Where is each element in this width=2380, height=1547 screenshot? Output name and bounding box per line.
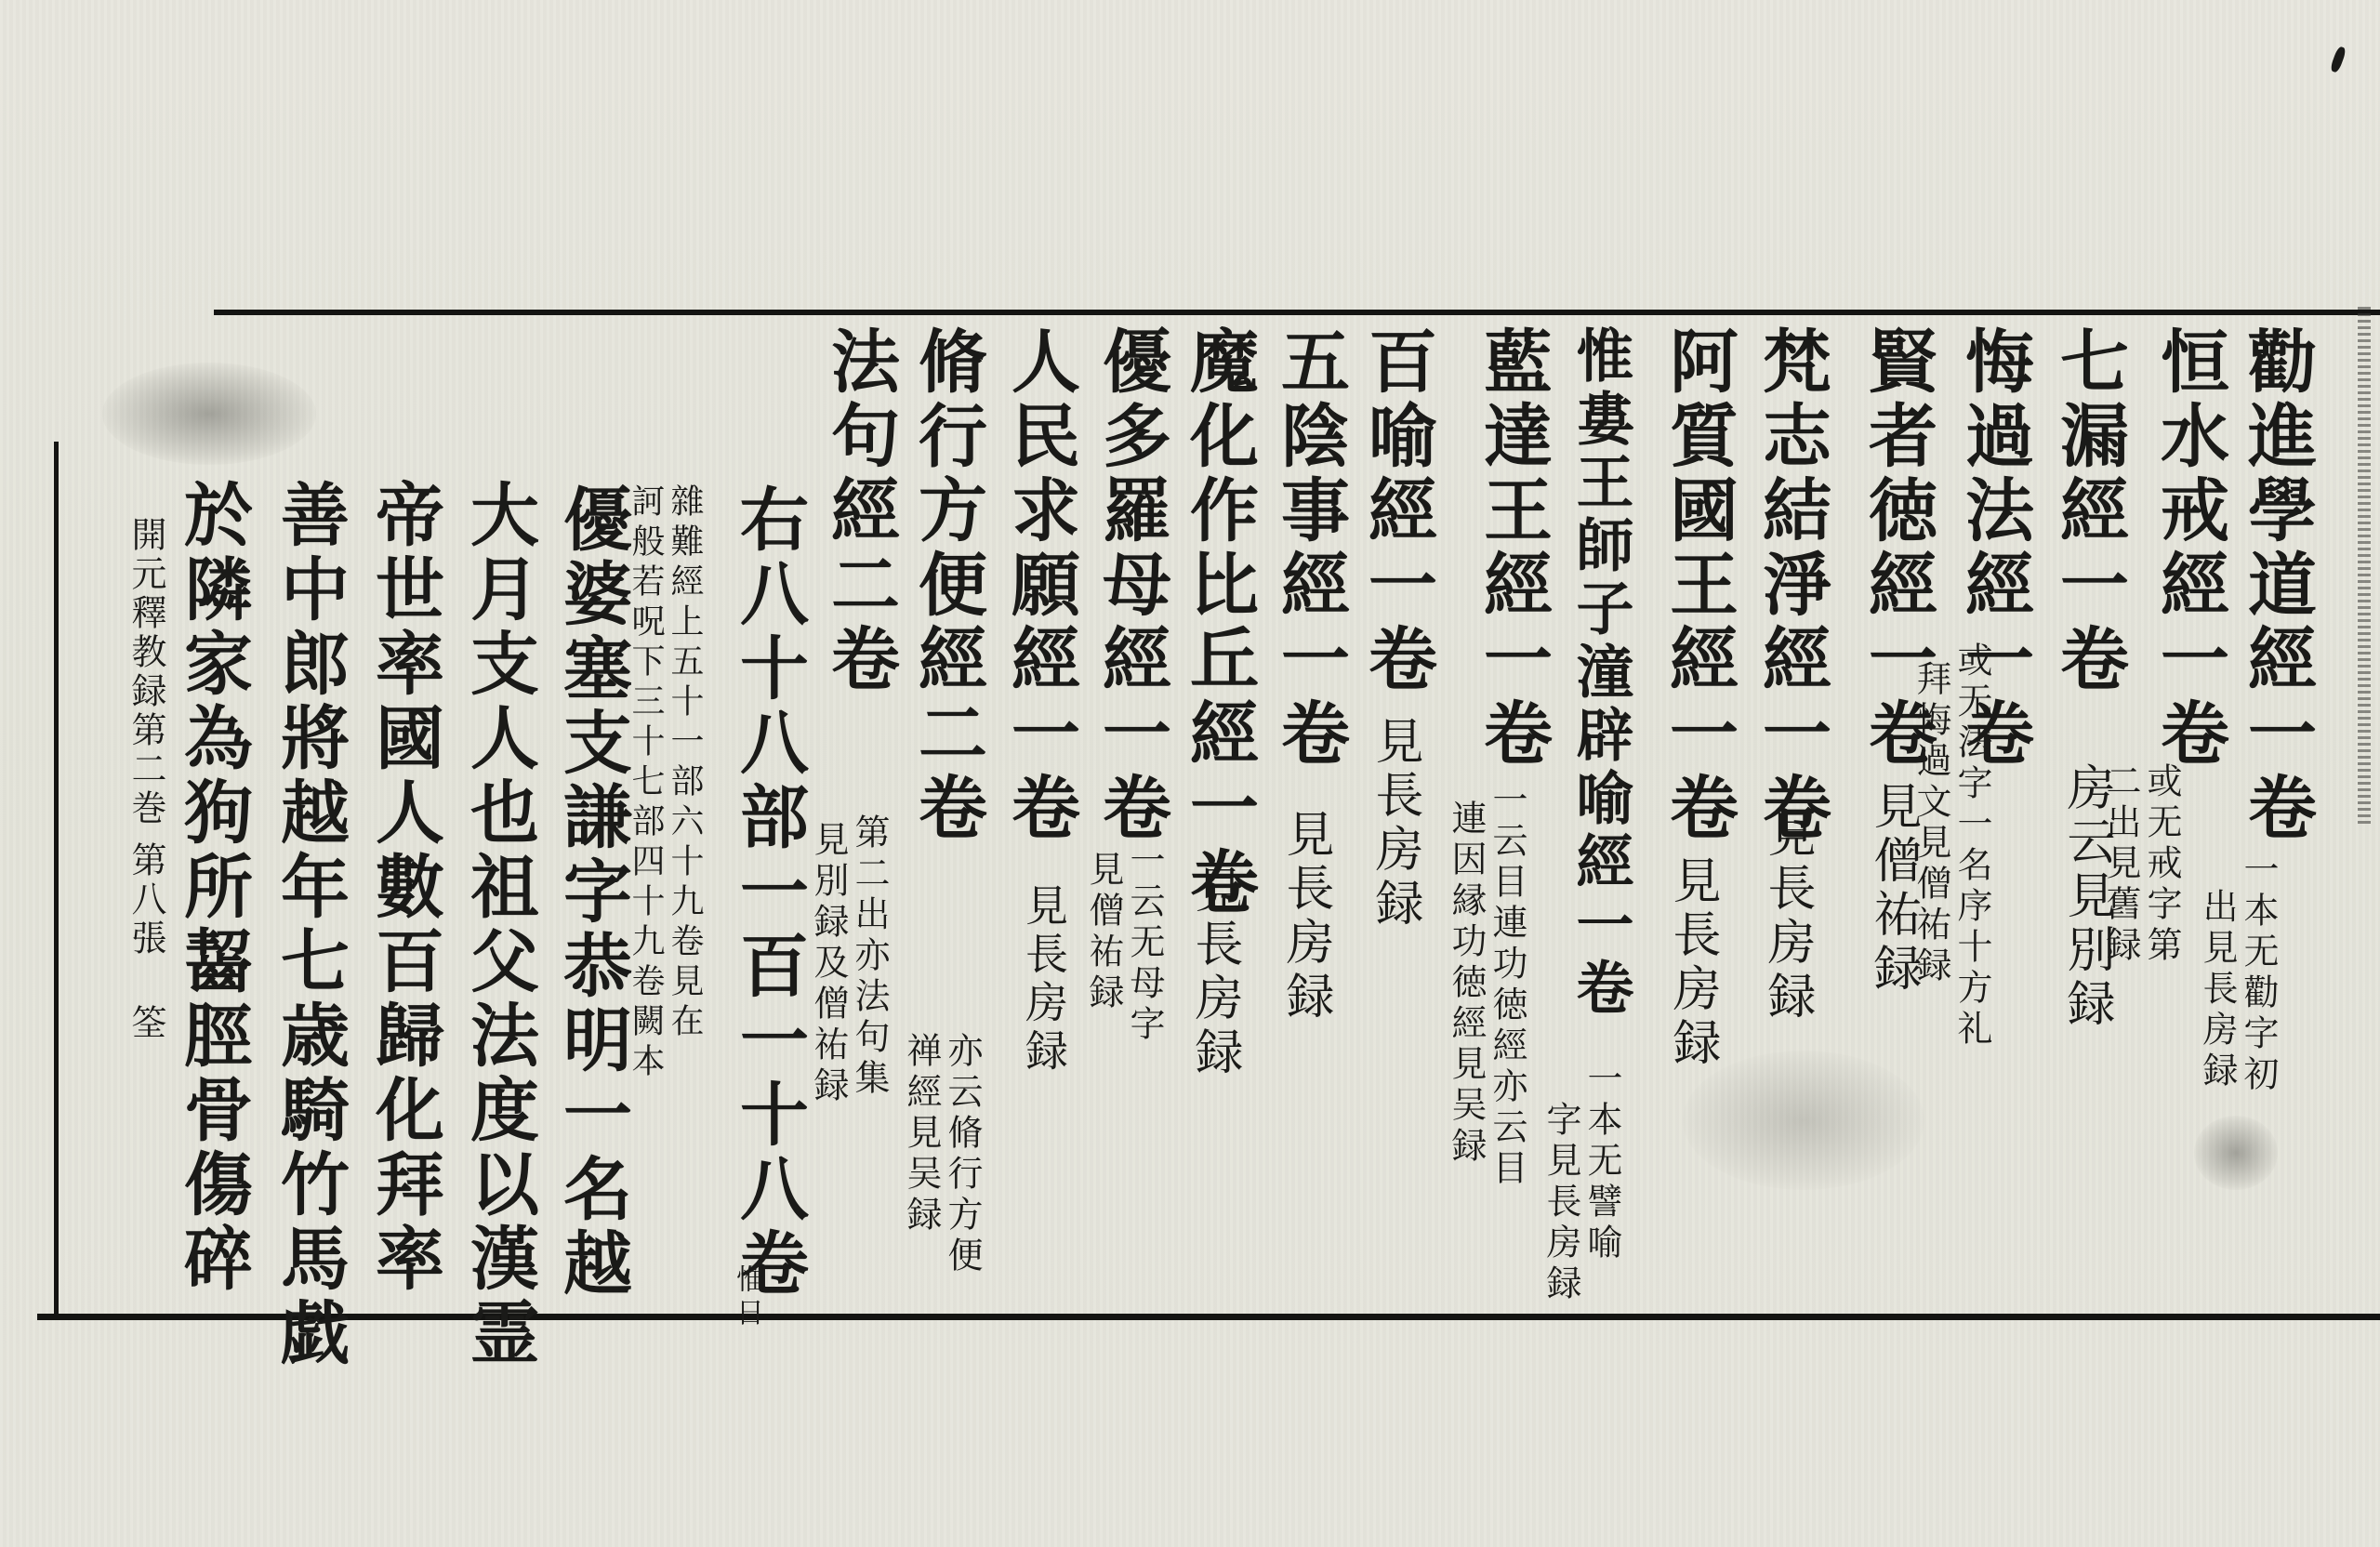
entry-title: 恒水戒經一卷 — [2155, 325, 2224, 772]
frame-top-rule — [214, 310, 2380, 315]
biography-line: 善中郎將越年七歳騎竹馬戯 — [275, 479, 344, 1371]
entry-note: 見長房録 — [1763, 809, 1811, 1025]
summary-total: 右八十八部一百一十八卷 — [734, 483, 803, 1302]
entry-note: 亦云脩行方便 禅經見吴録 — [904, 1032, 980, 1277]
entry-title: 勸進學道經一卷 — [2242, 325, 2311, 846]
frame-bottom-rule — [37, 1314, 2380, 1320]
entry-title: 五陰事經一卷 — [1276, 325, 1344, 772]
entry-title: 百喻經一卷 — [1363, 325, 1432, 697]
summary-note: 雜難經上五十一部六十九卷見在 訶般若呪下三十七部四十九卷闕本 — [628, 483, 701, 1083]
summary-note-line: 雜難經上五十一部六十九卷見在 — [668, 483, 701, 1083]
entry-note-line: 禅經見吴録 — [904, 1032, 939, 1277]
entry-note-line: 連因縁功徳經見吴録 — [1448, 800, 1484, 1190]
entry-note-line: 見別録及僧祐録 — [811, 821, 846, 1107]
entry-note: 一云无母字 見僧祐録 — [1086, 841, 1162, 1046]
entry-title: 七漏經一卷 — [2055, 325, 2123, 697]
entry-title: 魔化作比丘經一卷 — [1184, 325, 1253, 920]
entry-note: 或无戒字第 二出見舊録 — [2103, 762, 2179, 967]
book-title: 開元釋教録第二巻 — [121, 516, 172, 828]
biography-line: 於隣家為狗所齧脛骨傷碎 — [178, 479, 247, 1297]
entry-note-line: 或无戒字第 — [2144, 762, 2179, 967]
entry-note-line: 一云无母字 — [1127, 841, 1162, 1046]
entry-note: 一云目連功徳經亦云目 連因縁功徳經見吴録 — [1448, 781, 1525, 1190]
biography-line: 優婆塞支謙字恭明一名越 — [558, 483, 627, 1302]
entry-note: 見僧祐録 — [1869, 781, 1917, 997]
entry-title: 藍達王經一卷 — [1478, 325, 1547, 772]
ink-smudge — [1683, 1051, 1924, 1190]
entry-note: 見長房録 — [1023, 883, 1065, 1077]
entry-note-line: 出見長房録 — [2200, 888, 2235, 1096]
entry-note: 第二出亦法句集 見別録及僧祐録 — [811, 813, 887, 1107]
entry-note-line: 見僧祐録 — [1086, 851, 1121, 1046]
entry-title: 惟婁王師子潼辟喻經一卷 — [1571, 325, 1629, 1021]
ink-smudge — [102, 363, 316, 465]
entry-note: 見長房録 — [1281, 809, 1329, 1025]
entry-note-line: 或无法字一名序十方礼 — [1954, 641, 1990, 1051]
entry-title: 阿質國王經一卷 — [1664, 325, 1733, 846]
biography-line: 大月支人也祖父法度以漢霊 — [465, 479, 534, 1371]
entry-note: 一本无勸字初 出見長房録 — [2200, 851, 2276, 1096]
entry-note-line: 一本无勸字初 — [2241, 851, 2276, 1096]
entry-title: 人民求願經一卷 — [1006, 325, 1075, 846]
entry-note-line: 一云目連功徳經亦云目 — [1489, 781, 1525, 1190]
entry-note: 見長房録 — [1370, 716, 1419, 932]
entry-title: 梵志結淨經一卷 — [1757, 325, 1826, 846]
entry-note: 房云見別録 — [2062, 762, 2110, 1032]
entry-note: 見長房録 — [1190, 865, 1238, 1080]
entry-note-line: 亦云脩行方便 — [945, 1032, 980, 1277]
entry-note: 一本无譬喻 字見長房録 — [1543, 1060, 1620, 1305]
frame-left-rule — [54, 442, 59, 1319]
entry-note: 見長房録 — [1668, 855, 1716, 1071]
entry-title: 賢者徳經一卷 — [1863, 325, 1932, 772]
entry-title: 優多羅母經一卷 — [1097, 325, 1166, 846]
entry-note-line: 一本无譬喻 — [1584, 1060, 1620, 1305]
entry-note-line: 第二出亦法句集 — [852, 813, 887, 1107]
ink-smudge — [2194, 1116, 2278, 1190]
biography-line: 帝世率國人數百歸化拜率 — [370, 479, 439, 1297]
entry-title: 法句經二卷 — [826, 325, 894, 697]
entry-note-line: 字見長房録 — [1543, 1101, 1579, 1305]
summary-note-line: 訶般若呪下三十七部四十九卷闕本 — [628, 483, 662, 1083]
entry-title: 脩行方便經二卷 — [913, 325, 982, 846]
frame-right-border — [2358, 307, 2371, 827]
page-number: 第八張 — [121, 841, 172, 959]
summary-note-tail: 惟日 — [733, 1264, 760, 1331]
carver-mark: 筌 — [121, 1004, 172, 1043]
